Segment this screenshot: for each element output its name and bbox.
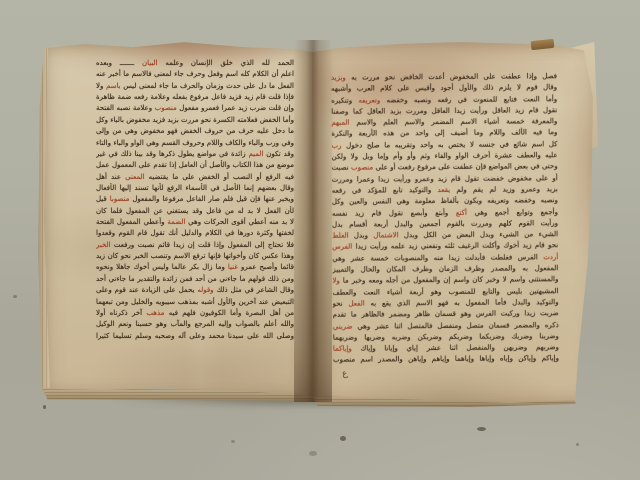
manuscript-line: فإذا قلت قام زيد فزيد فاعل مرفوع بفعله و… (96, 92, 294, 103)
manuscript-line: وفي ورب والباء والكاف واللام وحروف القسم… (96, 138, 294, 149)
manuscript-line: وأما الخفض فعلامته الكسرة نحو مررت بزيد … (96, 115, 294, 126)
manuscript-right-page: فصل وإذا عطفت على المخفوض أعدت الخافض نح… (312, 38, 598, 406)
rubricated-word: وإياكما (333, 345, 352, 353)
rubricated-word: وتعريفه (358, 96, 380, 104)
manuscript-line: وإياكم وإياكن وإياه وإياها وإياهما وإياه… (333, 354, 559, 367)
manuscript-line: التبعيض عند آخرين والأول أشبه بمذهب سيبو… (96, 297, 294, 308)
rubricated-word: المعنى (125, 173, 144, 181)
manuscript-line: الفعل ما دل على حدث وزمان والحرف ما جاء … (96, 81, 294, 92)
photo-scene: الحمد لله الذي خلق الإنسان وعلمه البيان … (0, 0, 640, 480)
manuscript-left-page: الحمد لله الذي خلق الإنسان وعلمه البيان … (44, 40, 314, 398)
marginal-mark: ع (341, 368, 349, 379)
dust-speck (576, 443, 579, 446)
manuscript-line: لأن الفعل لا بد له من فاعل وقد يستغني عن… (96, 206, 294, 217)
dust-speck (231, 440, 235, 443)
rubricated-word: الاشتمال (373, 231, 398, 239)
rubricated-word: أردت (543, 253, 558, 261)
manuscript-line: ويخبر عنها فإن قيل فلم صار الفاعل مرفوعا… (96, 194, 294, 205)
rubricated-word: غنيا (228, 263, 238, 271)
rubricated-word: يقعد (438, 186, 451, 194)
dust-speck (340, 436, 346, 441)
manuscript-line: موضع من هذا الكتاب والأصل أن العامل إذا … (96, 160, 294, 171)
rubricated-word: البيان (142, 59, 158, 67)
manuscript-line: والله أعلم بالصواب وإليه المرجع والمآب و… (96, 319, 294, 330)
rubricated-word: الميم (248, 150, 263, 158)
rubricated-word: الفعل (348, 300, 364, 308)
rubricated-word: وبزيد (331, 74, 346, 82)
rubricated-word: وقوله (197, 286, 213, 294)
dust-speck (13, 295, 17, 298)
manuscript-line: فلا تحتاج إلى المفعول وإذا قلت إن زيدا ق… (96, 240, 294, 251)
manuscript-line: وقد تكون الميم زائدة في مواضع يطول ذكرها… (96, 149, 294, 160)
manuscript-line: وقال الشاعر في مثل ذلك وقوله يحمل على ال… (96, 285, 294, 296)
rubricated-word: الخبر (96, 241, 111, 249)
manuscript-line: لا بد منه أعطي أقوى الحركات وهي الضمة وأ… (96, 217, 294, 228)
rubricated-word: الضمة (167, 218, 185, 226)
manuscript-line: وإن قلت ضرب زيد عمرا فعمرو مفعول منصوب و… (96, 103, 294, 114)
rubricated-word: منصوب (351, 164, 373, 172)
manuscript-line: وقال بعضهم إنما الأصل في الأسماء الرفع ل… (96, 183, 294, 194)
rubricated-word: مذهب (146, 309, 164, 317)
rubricated-word: ضربني (333, 322, 353, 330)
manuscript-line: قائما وأصبح عمرو غنيا وما زال بكر عالما … (96, 262, 294, 273)
manuscript-line: لخفتها وكثرة دورها في الكلام والدليل أنك… (96, 228, 294, 239)
rubricated-word: الغلط (332, 232, 348, 240)
manuscript-line: فيه الرفع أو النصب أو الخفض على ما يقتضي… (96, 172, 294, 183)
rubricated-word: الفرس (332, 243, 352, 251)
rubricated-word: منصوبا (110, 195, 130, 203)
manuscript-line: اعلم أن الكلام كله اسم وفعل وحرف جاء لمع… (96, 69, 294, 80)
left-page-text-block: الحمد لله الذي خلق الإنسان وعلمه البيان … (96, 58, 294, 343)
manuscript-line: من أهل البصرة وأما الكوفيون فلهم فيه مذه… (96, 308, 294, 319)
right-page-text-block: فصل وإذا عطفت على المخفوض أعدت الخافض نح… (331, 71, 559, 368)
rubricated-word: باسم (106, 82, 121, 90)
rubricated-word: المبهم (331, 119, 349, 127)
rubricated-word: رب (331, 142, 341, 150)
rubricated-word: منصوب (155, 104, 177, 112)
dust-speck (309, 451, 317, 456)
manuscript-line: وهذا عكس كان وأخواتها فإنها ترفع الاسم و… (96, 251, 294, 262)
dust-speck (477, 427, 486, 431)
manuscript-line: وصلى الله على سيدنا محمد وعلى آله وصحبه … (96, 331, 294, 342)
dust-speck (43, 405, 46, 409)
manuscript-line: ما دخل عليه حرف من حروف الخفض فهو مخفوض … (96, 126, 294, 137)
manuscript-line: الحمد لله الذي خلق الإنسان وعلمه البيان … (96, 58, 294, 69)
rubricated-word: أكتع (456, 208, 467, 216)
manuscript-line: ومن ذلك قولهم ما جاءني من أحد فمن زائدة … (96, 274, 294, 285)
